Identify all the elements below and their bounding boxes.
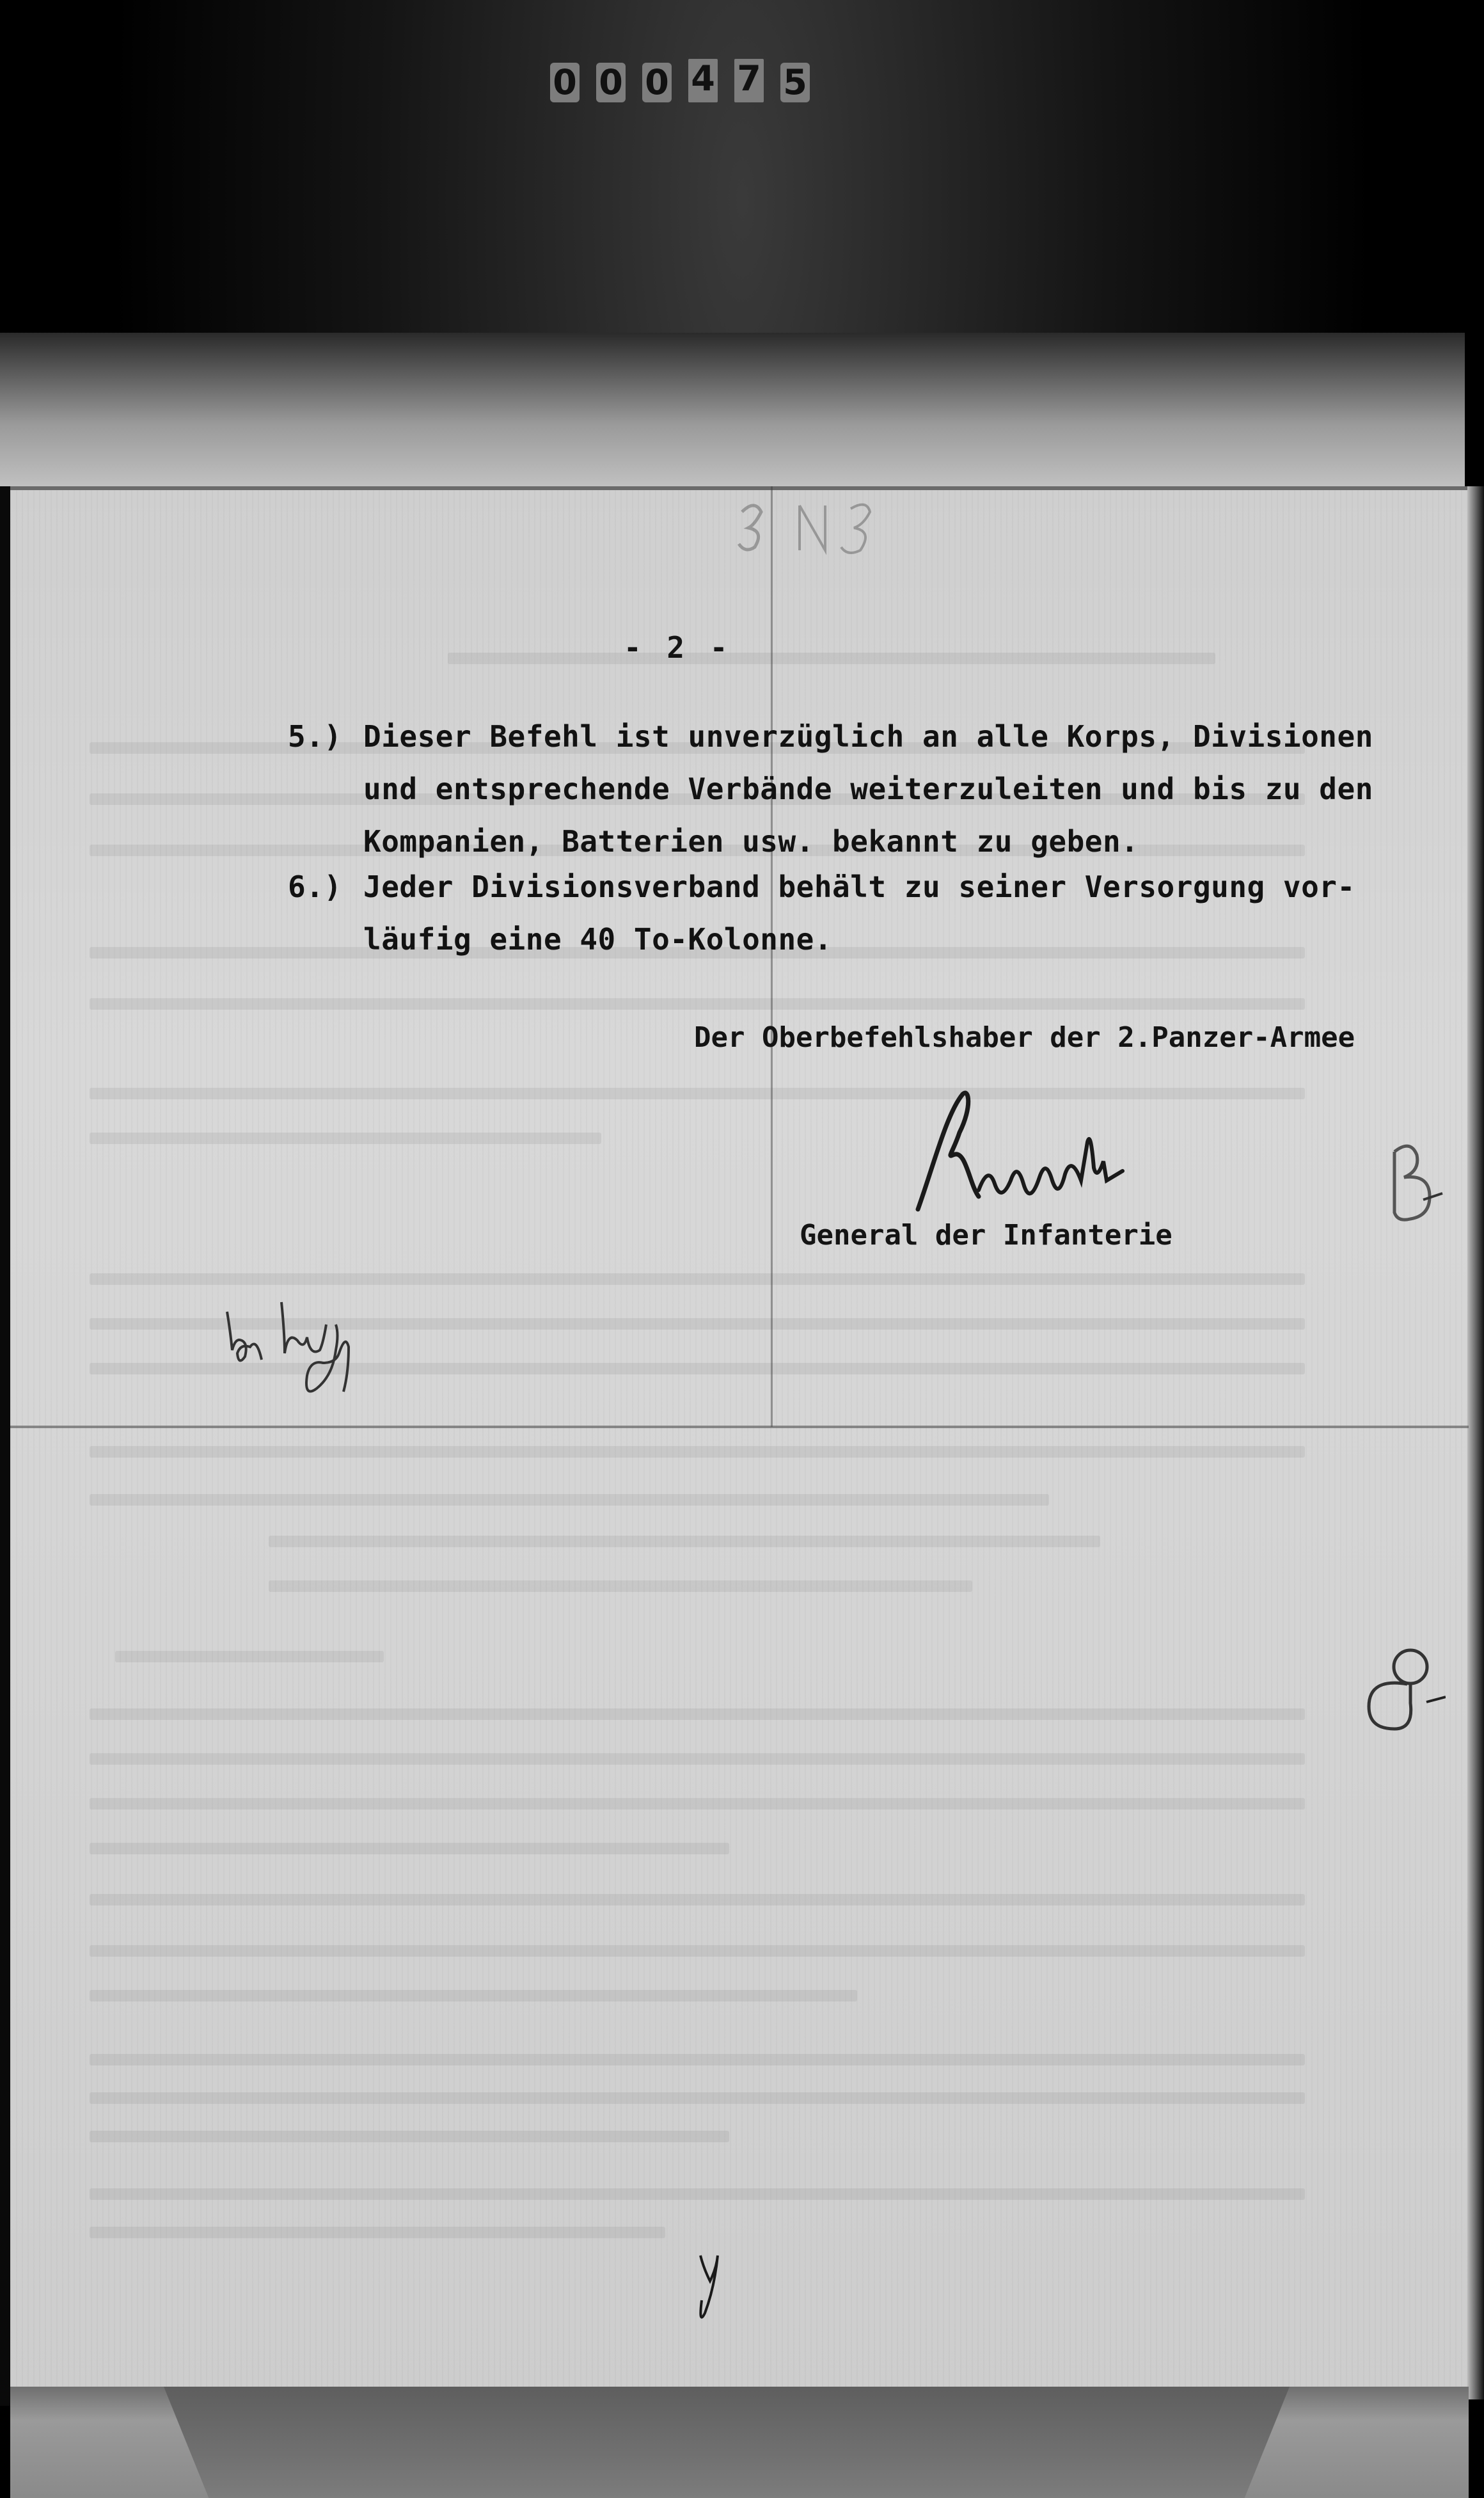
item-number: 5.): [288, 710, 358, 763]
counter-digit: 0: [596, 63, 626, 102]
right-paper-edge: [1467, 486, 1484, 2399]
counter-digit: 5: [780, 63, 810, 102]
order-item-6: 6.) Jeder Divisionsverband behält zu sei…: [288, 861, 1412, 966]
signatory-rank: General der Infanterie: [800, 1219, 1172, 1252]
counter-digit: 4: [688, 59, 718, 102]
horizontal-fold-line: [10, 1426, 1469, 1428]
underlying-sheet: [0, 333, 1465, 499]
bleed-through-line: [269, 1536, 1100, 1547]
bleed-through-line: [90, 2227, 665, 2238]
bleed-through-line: [115, 1651, 384, 1662]
bleed-through-line: [90, 1945, 1305, 1957]
bleed-through-line: [90, 1708, 1305, 1720]
handwritten-7-mark: [694, 2252, 732, 2323]
item-text: Dieser Befehl ist unverzüglich an alle K…: [363, 710, 1412, 868]
folded-bottom-flap: [10, 2387, 1469, 2498]
bleed-through-line: [90, 1753, 1305, 1765]
frame-counter: 0 0 0 4 7 5: [550, 32, 810, 102]
sender-line: Der Oberbefehlshaber der 2.Panzer-Armee: [694, 1021, 1355, 1054]
counter-digit: 0: [550, 63, 580, 102]
handwritten-signature: [908, 1088, 1267, 1216]
bleed-through-line: [90, 1273, 1305, 1285]
bleed-through-line: [90, 1494, 1049, 1506]
bleed-through-line: [269, 1580, 972, 1592]
bleed-through-line: [90, 2054, 1305, 2065]
order-item-5: 5.) Dieser Befehl ist unverzüglich an al…: [288, 710, 1412, 868]
counter-digit: 7: [734, 59, 764, 102]
item-number: 6.): [288, 861, 358, 913]
bleed-through-line: [90, 1133, 601, 1144]
marginal-handwritten-note: [221, 1299, 425, 1401]
bleed-through-line: [90, 2092, 1305, 2104]
bleed-through-line: [90, 1446, 1305, 1458]
bleed-through-line: [90, 2131, 729, 2142]
bleed-through-line: [90, 1843, 729, 1854]
folio-annotation: [729, 493, 921, 557]
bleed-through-line: [90, 1798, 1305, 1810]
left-film-edge: [0, 486, 10, 2406]
item-text: Jeder Divisionsverband behält zu seiner …: [363, 861, 1412, 966]
bleed-through-line: [90, 1990, 857, 2001]
page-number: - 2 -: [624, 630, 731, 665]
bleed-through-line: [90, 1894, 1305, 1905]
handwritten-8-mark: [1356, 1644, 1446, 1740]
bleed-through-line: [90, 998, 1305, 1010]
bleed-through-line: [448, 653, 1215, 664]
handwritten-b-mark: [1375, 1139, 1452, 1235]
counter-digit: 0: [642, 63, 672, 102]
bleed-through-line: [90, 2188, 1305, 2200]
